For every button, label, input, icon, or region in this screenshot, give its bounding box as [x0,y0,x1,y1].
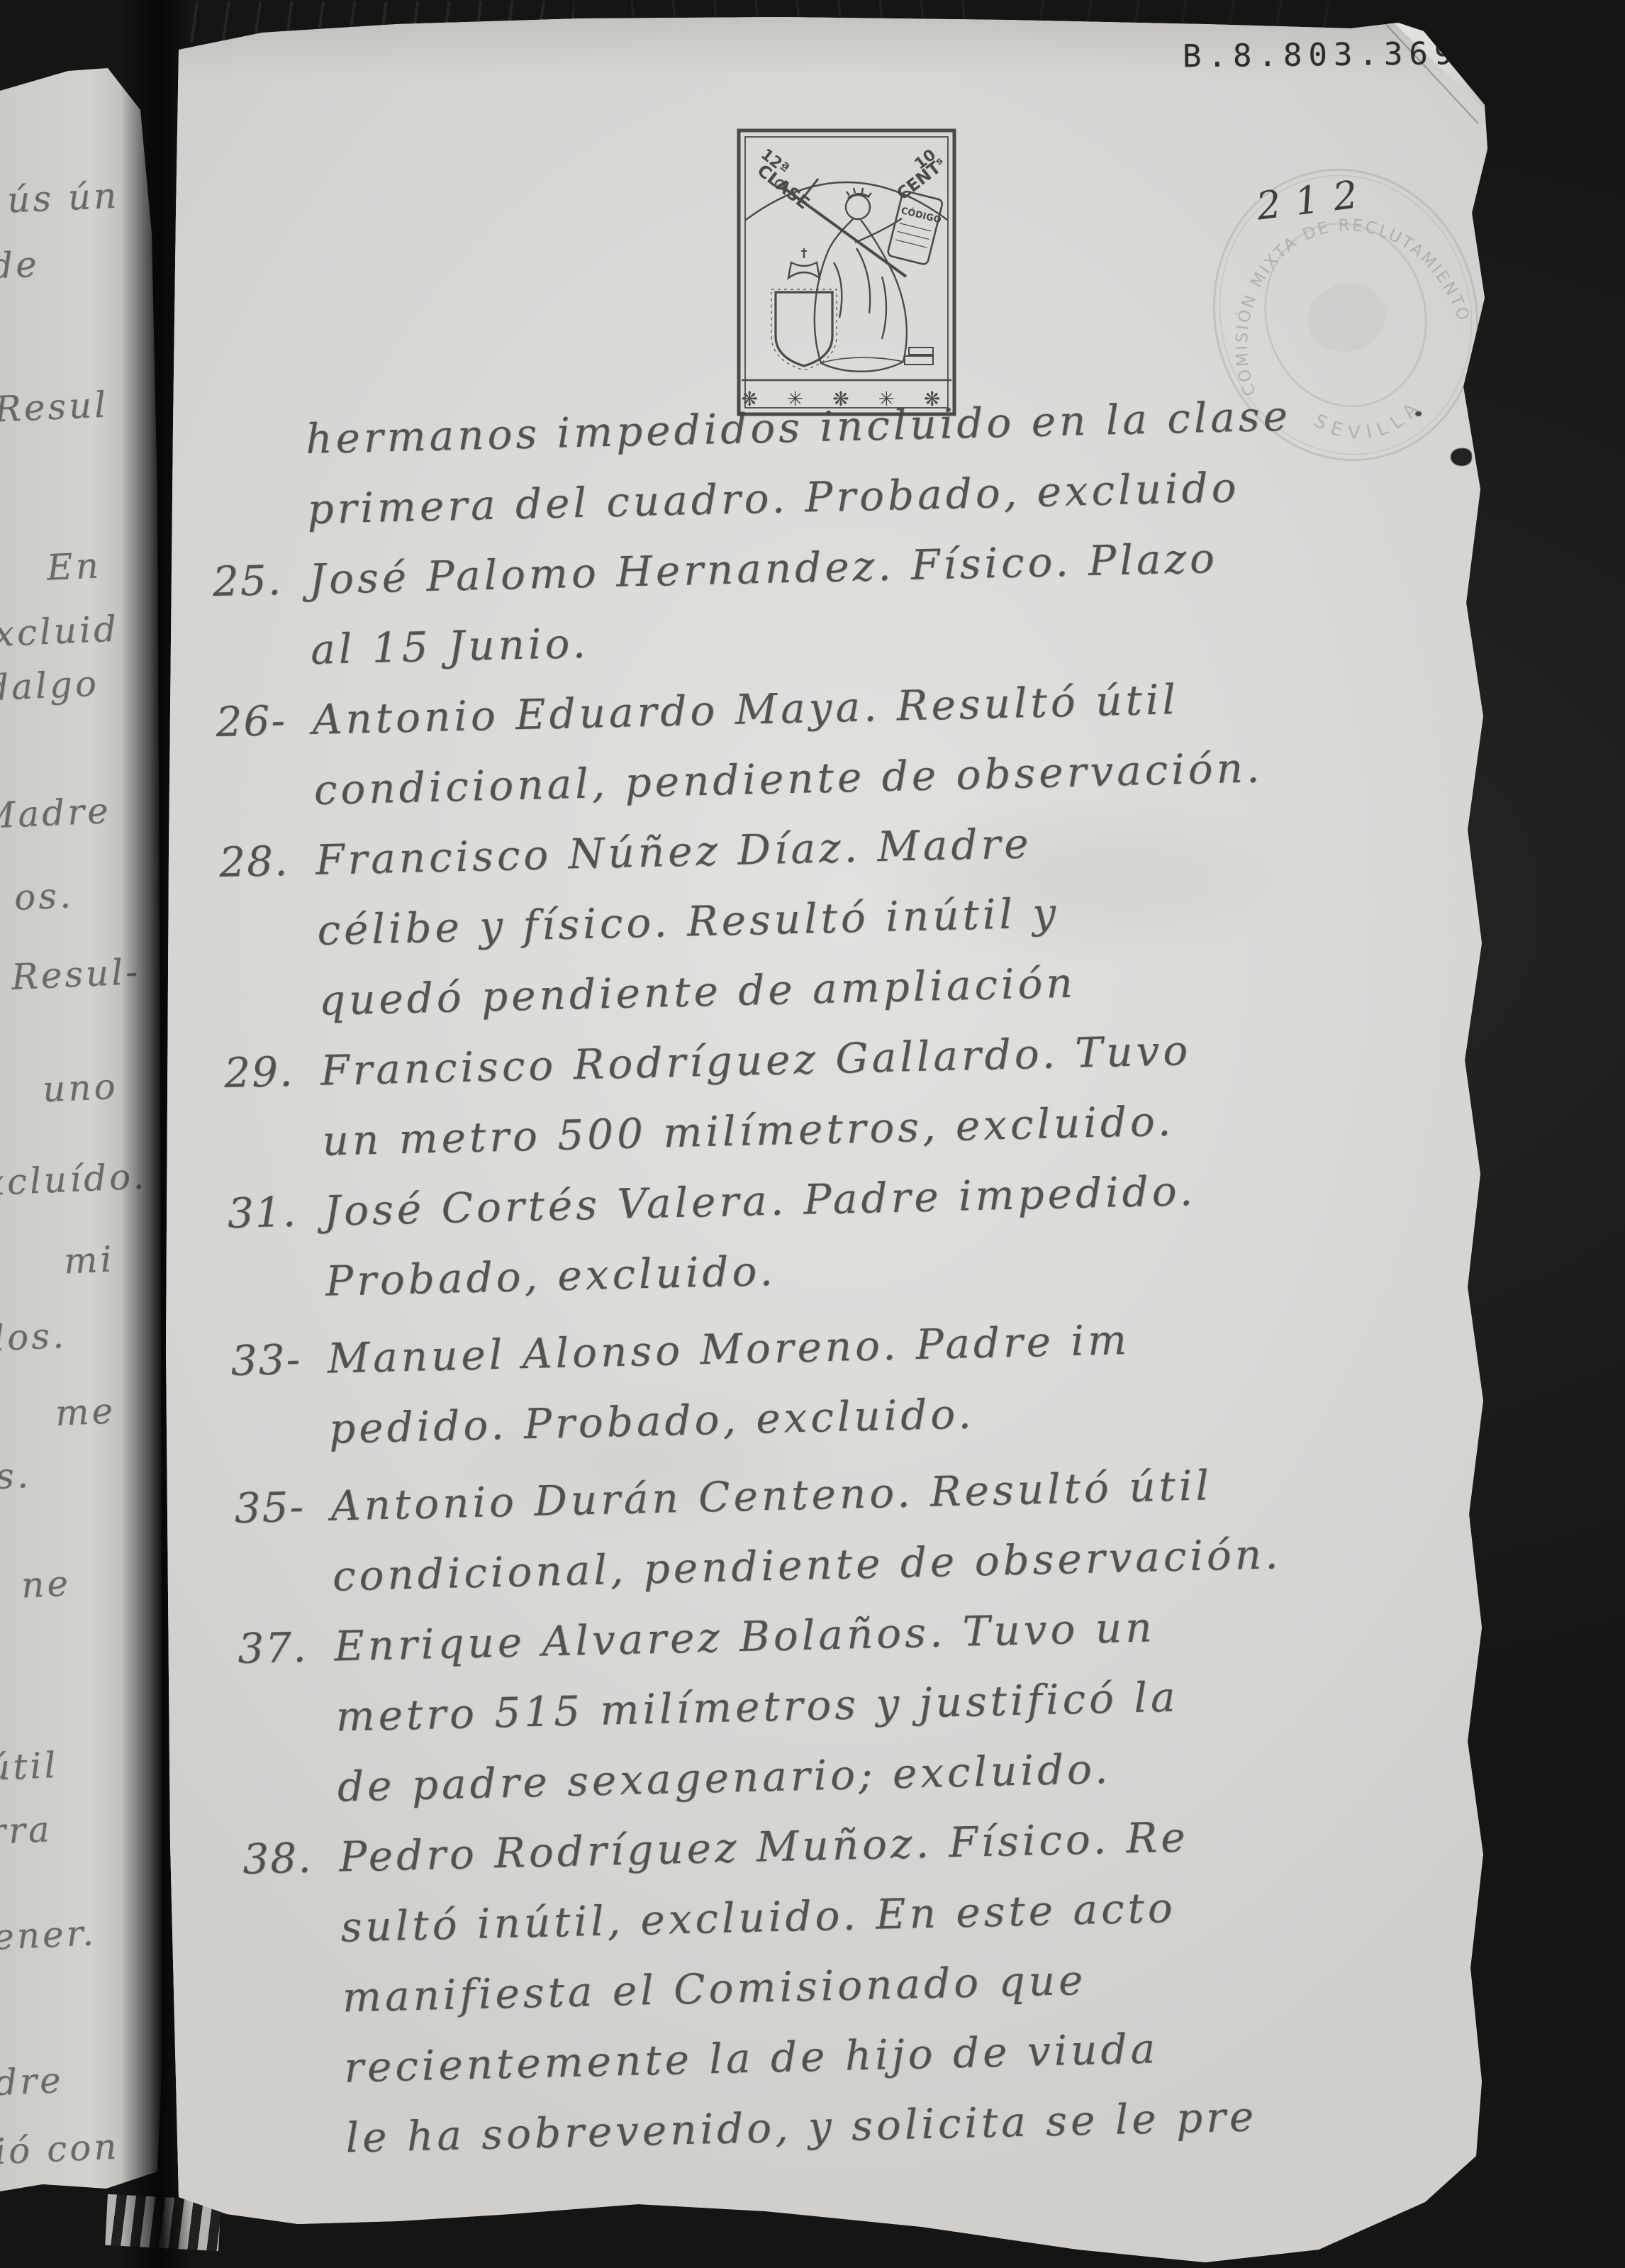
document-page: B.8.803.369★ COMISIÓN MIXTA DE RECLUTAMI… [0,0,1625,2268]
entry-row: 25. José Palomo Hernandez. Físico. Plazo… [308,516,1502,685]
scanned-document-photo: ús ún de Resul En excluid dalgo Madre os… [0,0,1625,2268]
entry-number: 37. [237,1612,308,1684]
handwriting-fragment: dre [0,2059,65,2103]
handwriting-fragment: Resul [0,384,109,430]
entry-row: 28. Francisco Núñez Díaz. Madre célibe y… [315,797,1511,1035]
entry-row: 38. Pedro Rodríguez Muñoz. Físico. Re su… [338,1794,1537,2173]
handwriting-fragment: Madre [0,790,112,837]
entry-number: 25. [212,545,284,617]
entry-number: 31. [227,1177,298,1249]
handwriting-fragment: dalgo [0,663,100,709]
handwriting-fragment: os. [13,874,74,918]
handwriting-fragment: me [55,1390,116,1434]
handwriting-fragment: En [46,545,102,588]
entry-row: 29. Francisco Rodríguez Gallardo. Tuvo u… [320,1008,1514,1177]
revenue-stamp: 12ª CLASE 10 CENTˢ [736,128,957,417]
handwriting-fragment: ne [21,1563,72,1606]
entry-row: 31. José Cortés Valera. Padre impedido. … [323,1148,1517,1317]
handwriting-fragment: mi [63,1238,116,1282]
handwriting-fragment: los. [0,1315,67,1359]
handwriting-fragment: ció con [0,2125,120,2173]
entry-number: 38. [242,1823,313,1894]
entry-number: 33- [230,1325,303,1396]
handwriting-fragment: rra [0,1808,53,1852]
entry-number: 26- [215,686,287,757]
entry-row: 33- Manuel Alonso Moreno. Padre im pedid… [327,1296,1521,1464]
serial-number-stamp: B.8.803.369★ [1183,35,1485,74]
handwriting-fragment: tener. [0,1912,97,1958]
entry-number: 35- [233,1472,306,1543]
entry-row: 26- Antonio Eduardo Maya. Resultó útil c… [311,657,1505,826]
handwriting-fragment: excluid [0,608,120,655]
entry-number: 28. [218,826,290,898]
handwriting-fragment: uno [42,1066,119,1111]
handwriting-fragment: ús ún [6,175,121,221]
handwriting-fragment: s. [0,1455,32,1497]
stamp-scroll-label: CÓDIGO [900,205,942,226]
manuscript-text: hermanos impedidos incluido en la clase … [305,376,1537,2173]
handwriting-fragment: útil [0,1745,59,1789]
entry-row: 35- Antonio Durán Centeno. Resultó útil … [330,1443,1524,1612]
handwriting-fragment: de [0,244,40,287]
entry-number: 29. [223,1037,295,1108]
entry-row: 37. Enrique Alvarez Bolaños. Tuvo un met… [333,1584,1529,1822]
